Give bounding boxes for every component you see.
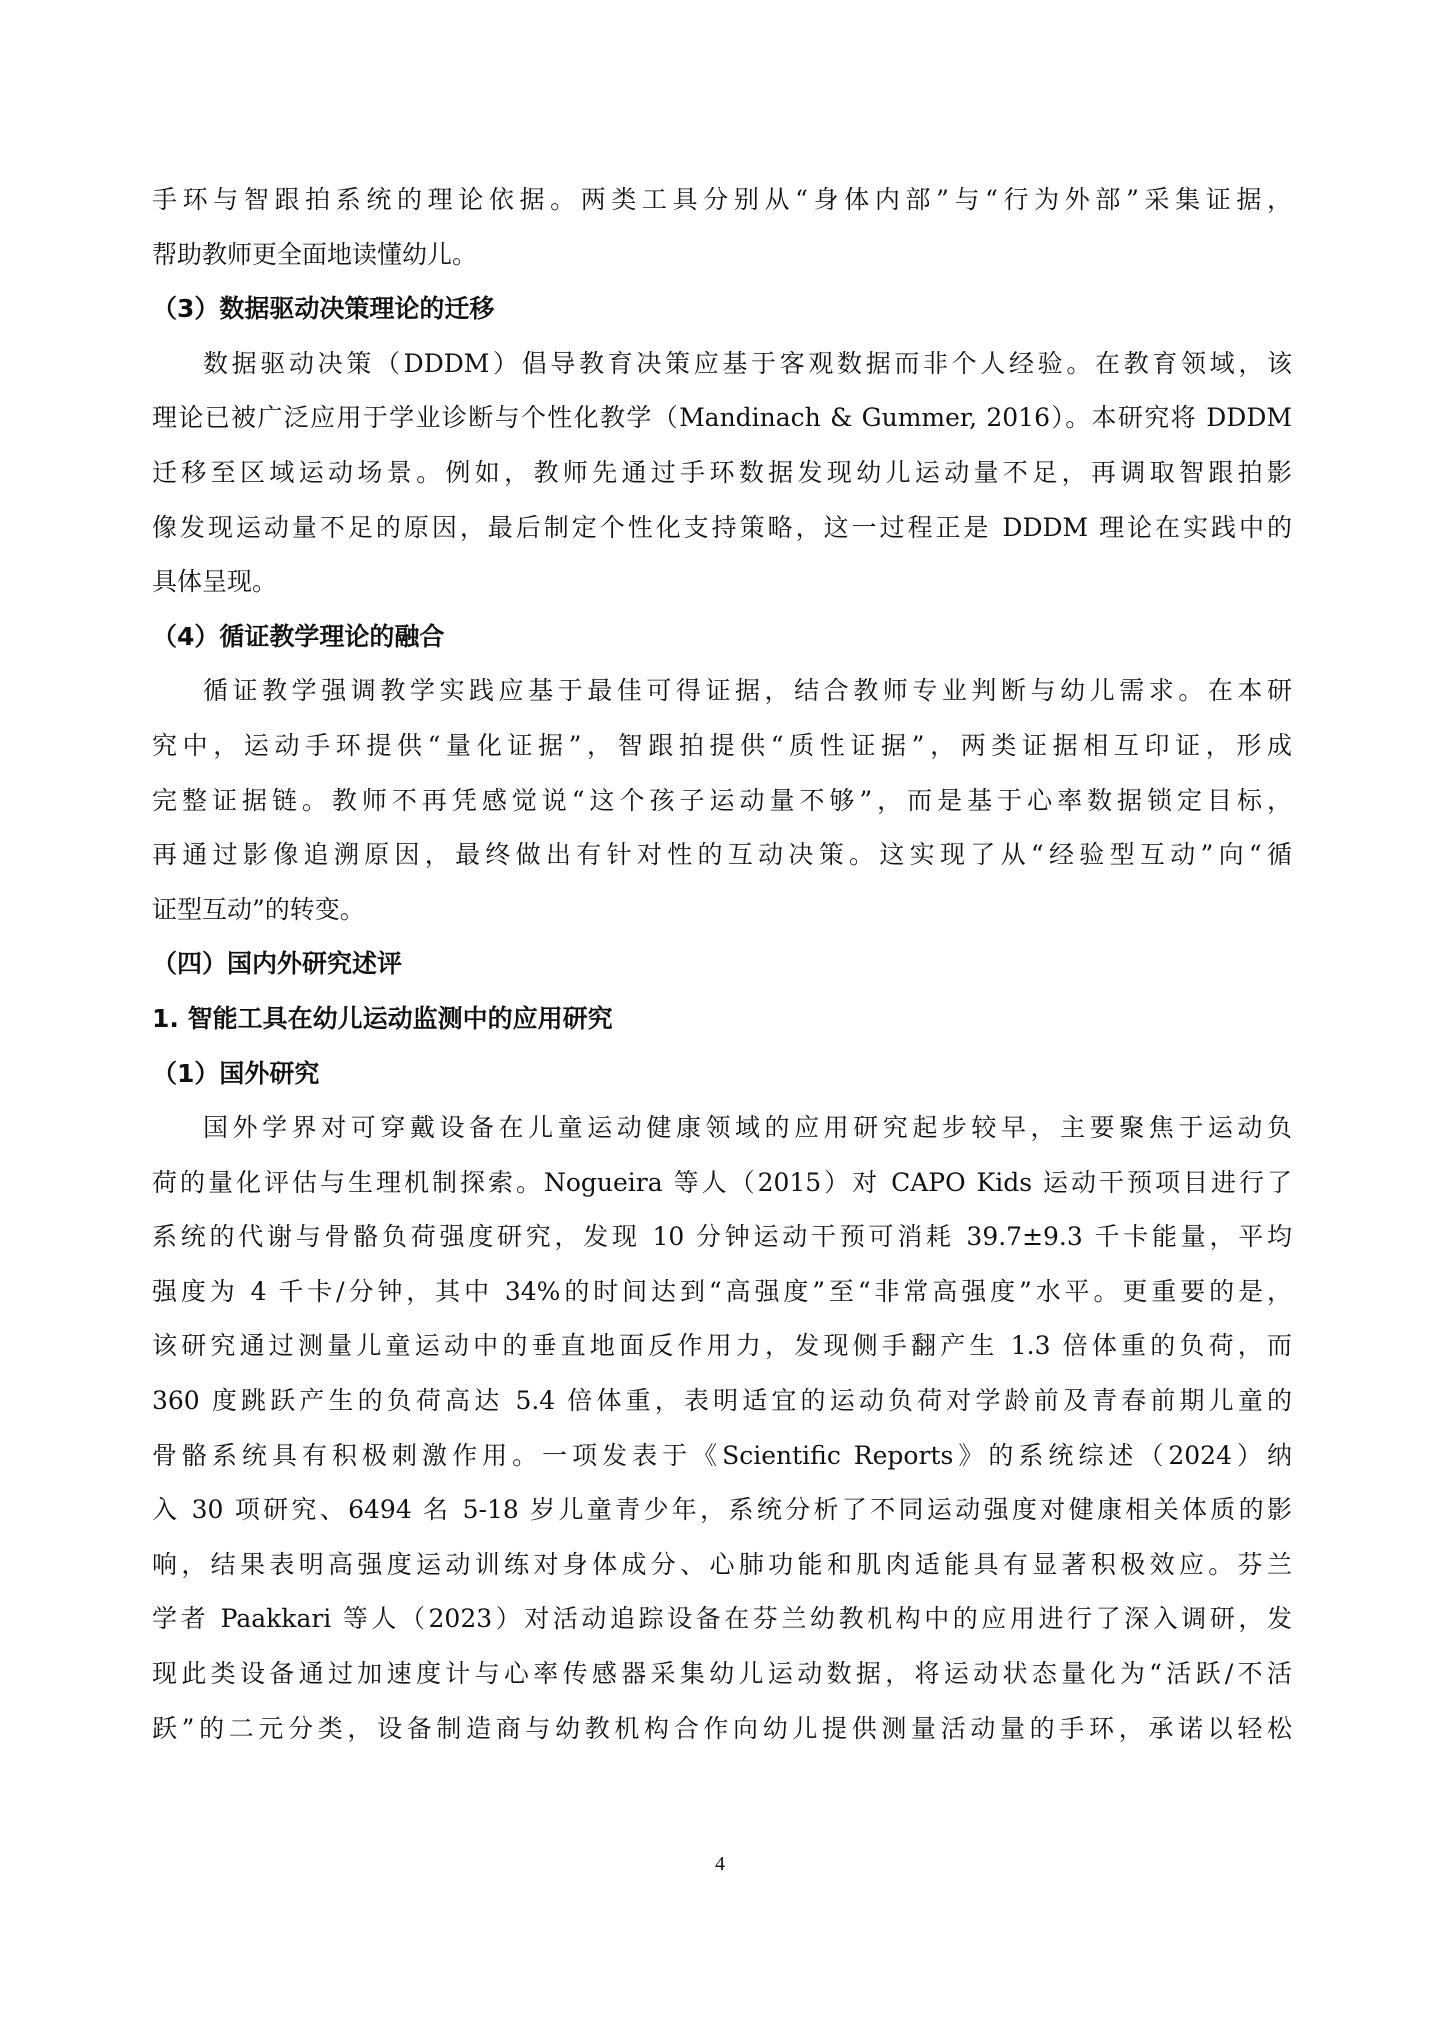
text-line: 骨骼系统具有积极刺激作用。一项发表于《Scientific Reports》的系… xyxy=(152,1429,1292,1484)
text-line: 学者 Paakkari 等人（2023）对活动追踪设备在芬兰幼教机构中的应用进行… xyxy=(152,1592,1292,1647)
subsection-heading-foreign-research: （1）国外研究 xyxy=(152,1047,1292,1102)
text-line: 该研究通过测量儿童运动中的垂直地面反作用力，发现侧手翻产生 1.3 倍体重的负荷… xyxy=(152,1319,1292,1374)
text-line: 像发现运动量不足的原因，最后制定个性化支持策略，这一过程正是 DDDM 理论在实… xyxy=(152,501,1292,556)
paragraph-dddm: 数据驱动决策（DDDM）倡导教育决策应基于客观数据而非个人经验。在教育领域，该 … xyxy=(152,337,1292,610)
paragraph-evidence-based: 循证教学强调教学实践应基于最佳可得证据，结合教师专业判断与幼儿需求。在本研 究中… xyxy=(152,664,1292,937)
text-line: 响，结果表明高强度运动训练对身体成分、心肺功能和肌肉适能具有显著积极效应。芬兰 xyxy=(152,1538,1292,1593)
text-line: 再通过影像追溯原因，最终做出有针对性的互动决策。这实现了从“经验型互动”向“循 xyxy=(152,828,1292,883)
text-line: 迁移至区域运动场景。例如，教师先通过手环数据发现幼儿运动量不足，再调取智跟拍影 xyxy=(152,446,1292,501)
text-line: 手环与智跟拍系统的理论依据。两类工具分别从“身体内部”与“行为外部”采集证据， xyxy=(152,173,1292,228)
text-line: 荷的量化评估与生理机制探索。Nogueira 等人（2015）对 CAPO Ki… xyxy=(152,1156,1292,1211)
text-line: 跃”的二元分类，设备制造商与幼教机构合作向幼儿提供测量活动量的手环，承诺以轻松 xyxy=(152,1702,1292,1757)
text-line: 证型互动”的转变。 xyxy=(152,883,1292,938)
text-line: 数据驱动决策（DDDM）倡导教育决策应基于客观数据而非个人经验。在教育领域，该 xyxy=(152,337,1292,392)
section-heading-literature-review: （四）国内外研究述评 xyxy=(152,937,1292,992)
text-line: 系统的代谢与骨骼负荷强度研究，发现 10 分钟运动干预可消耗 39.7±9.3 … xyxy=(152,1210,1292,1265)
subsection-heading-smart-tools: 1. 智能工具在幼儿运动监测中的应用研究 xyxy=(152,992,1292,1047)
text-line: 循证教学强调教学实践应基于最佳可得证据，结合教师专业判断与幼儿需求。在本研 xyxy=(152,664,1292,719)
page-number: 4 xyxy=(0,1853,1440,1876)
paragraph-theory-basis-end: 手环与智跟拍系统的理论依据。两类工具分别从“身体内部”与“行为外部”采集证据， … xyxy=(152,173,1292,282)
text-line: 入 30 项研究、6494 名 5-18 岁儿童青少年，系统分析了不同运动强度对… xyxy=(152,1483,1292,1538)
text-line: 理论已被广泛应用于学业诊断与个性化教学（Mandinach & Gummer, … xyxy=(152,391,1292,446)
text-line: 国外学界对可穿戴设备在儿童运动健康领域的应用研究起步较早，主要聚焦于运动负 xyxy=(152,1101,1292,1156)
section-heading-dddm: （3）数据驱动决策理论的迁移 xyxy=(152,282,1292,337)
section-heading-evidence-based: （4）循证教学理论的融合 xyxy=(152,610,1292,665)
text-line: 具体呈现。 xyxy=(152,555,1292,610)
text-line: 究中，运动手环提供“量化证据”，智跟拍提供“质性证据”，两类证据相互印证，形成 xyxy=(152,719,1292,774)
paragraph-foreign-research: 国外学界对可穿戴设备在儿童运动健康领域的应用研究起步较早，主要聚焦于运动负 荷的… xyxy=(152,1101,1292,1756)
text-line: 完整证据链。教师不再凭感觉说“这个孩子运动量不够”，而是基于心率数据锁定目标， xyxy=(152,774,1292,829)
text-line: 帮助教师更全面地读懂幼儿。 xyxy=(152,228,1292,283)
document-page-body: 手环与智跟拍系统的理论依据。两类工具分别从“身体内部”与“行为外部”采集证据， … xyxy=(152,173,1292,1756)
text-line: 360 度跳跃产生的负荷高达 5.4 倍体重，表明适宜的运动负荷对学龄前及青春前… xyxy=(152,1374,1292,1429)
text-line: 强度为 4 千卡/分钟，其中 34%的时间达到“高强度”至“非常高强度”水平。更… xyxy=(152,1265,1292,1320)
text-line: 现此类设备通过加速度计与心率传感器采集幼儿运动数据，将运动状态量化为“活跃/不活 xyxy=(152,1647,1292,1702)
